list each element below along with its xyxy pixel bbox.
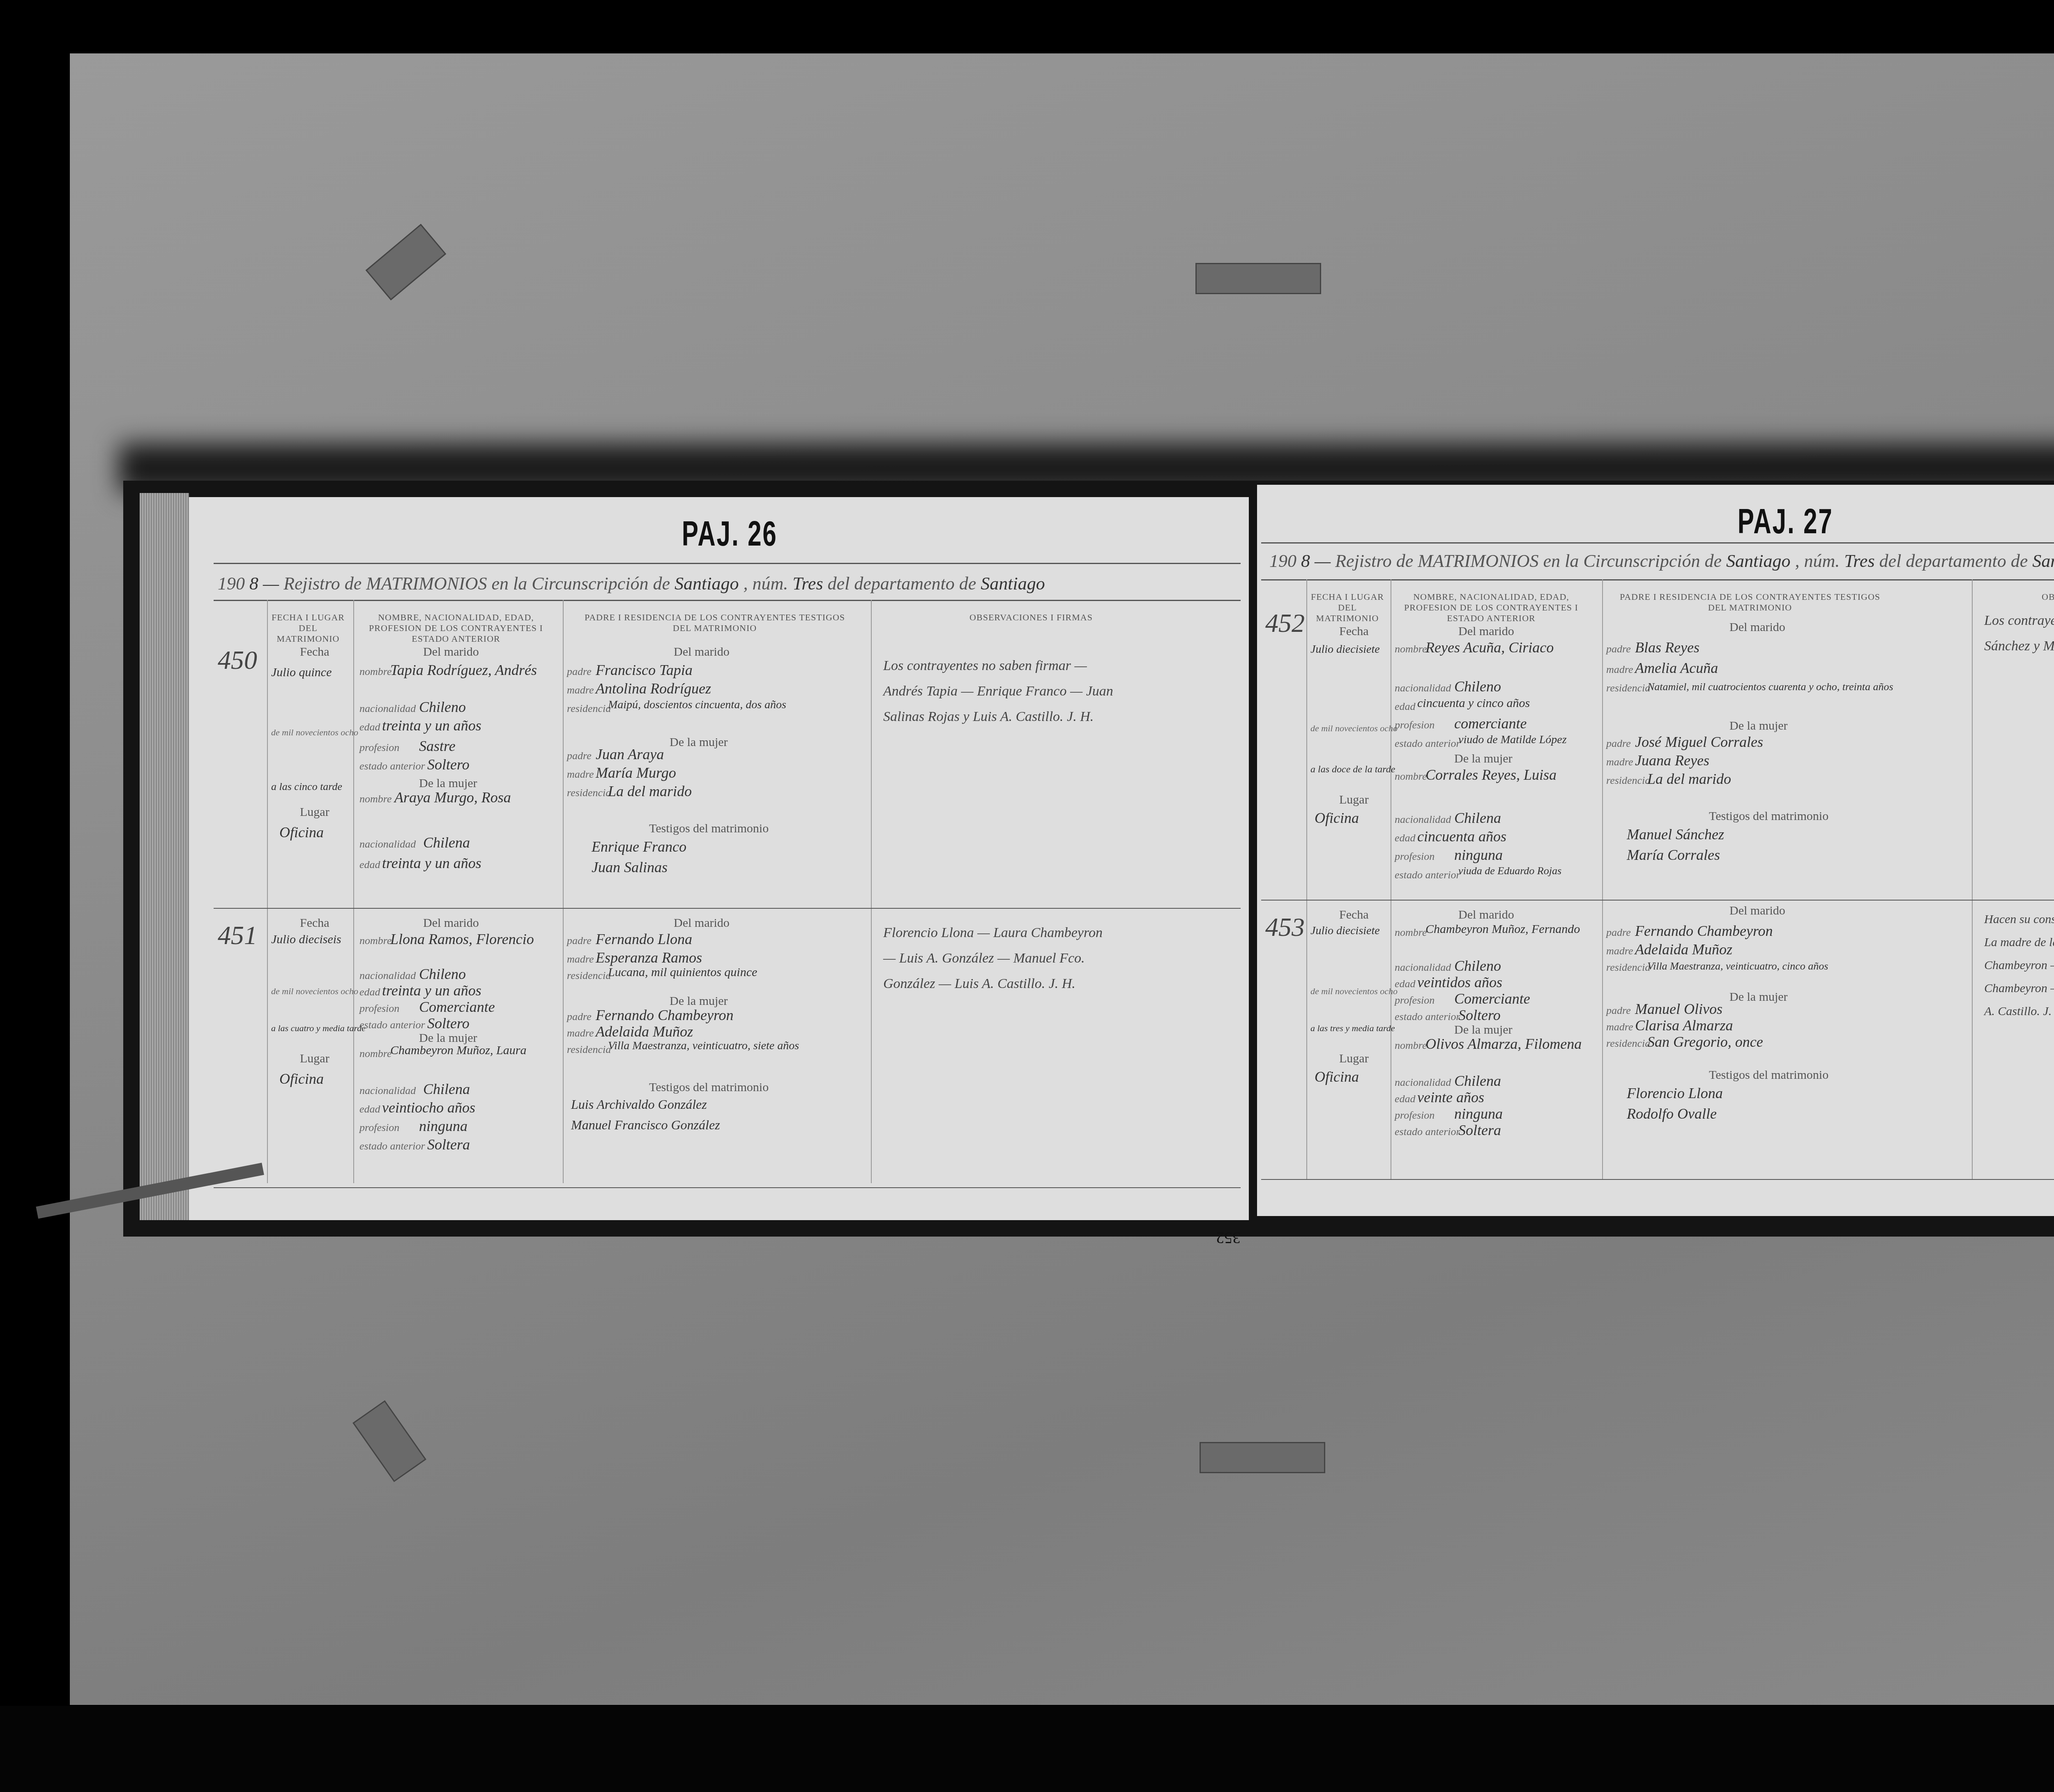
lugar-value: Oficina [1315, 809, 1359, 827]
year-text: de mil novecientos ocho [1310, 723, 1398, 734]
hora-value: a las doce de la tarde [1310, 764, 1395, 775]
marido-nombre: Reyes Acuña, Ciriaco [1425, 639, 1554, 656]
profesion-label: profesion [1395, 719, 1435, 731]
padre-label: padre [567, 935, 592, 947]
column-header-nombre: NOMBRE, NACIONALIDAD, EDAD, PROFESION DE… [1397, 592, 1586, 624]
register-header: 190 8 — Rejistro de MATRIMONIOS en la Ci… [1269, 550, 2054, 571]
open-register-book: PAJ. 26 190 8 — Rejistro de MATRIMONIOS … [123, 481, 2054, 1237]
nombre-label: nombre [1395, 770, 1427, 783]
column-header-fecha: FECHA I LUGAR DEL MATRIMONIO [1310, 592, 1384, 624]
edad-label: edad [359, 859, 380, 871]
madre-marido: Antolina Rodríguez [596, 680, 711, 697]
year-text: de mil novecientos ocho [271, 986, 358, 997]
lugar-label: Lugar [1339, 793, 1369, 807]
estado-anterior-label: estado anterior [359, 760, 425, 772]
estado-anterior-label: estado anterior [1395, 869, 1460, 881]
mujer-nombre: Olivos Almarza, Filomena [1425, 1035, 1582, 1053]
testigos-label: Testigos del matrimonio [649, 822, 769, 836]
edad-label: edad [359, 1103, 380, 1115]
tape-mark [1200, 1442, 1325, 1473]
madre-label: madre [1606, 663, 1633, 676]
madre-label: madre [1606, 945, 1633, 957]
estado-anterior-label: estado anterior [359, 1019, 425, 1031]
nacionalidad-label: nacionalidad [1395, 961, 1451, 974]
marido-profesion: Sastre [419, 737, 456, 755]
page-edges [140, 493, 189, 1220]
observaciones-firmas: Los contrayentes no saben firmar — André… [883, 653, 1113, 730]
entry-number: 451 [218, 920, 257, 951]
fecha-label: Fecha [1339, 908, 1369, 922]
lugar-label: Lugar [1339, 1052, 1369, 1066]
nombre-label: nombre [359, 666, 391, 678]
madre-label: madre [567, 953, 594, 965]
madre-mujer: María Murgo [596, 764, 676, 781]
profesion-label: profesion [359, 1002, 399, 1015]
del-marido-label: Del marido [423, 916, 479, 930]
num-value: Tres [792, 574, 823, 594]
marido-nacionalidad: Chileno [419, 965, 466, 983]
register-title: Rejistro de MATRIMONIOS en la Circunscri… [1335, 551, 1722, 571]
edad-label: edad [1395, 832, 1416, 844]
entry-divider [214, 908, 1241, 909]
year-text: de mil novecientos ocho [1310, 986, 1398, 997]
nombre-label: nombre [359, 793, 391, 805]
column-header-fecha: FECHA I LUGAR DEL MATRIMONIO [271, 612, 345, 644]
lugar-value: Oficina [279, 1070, 324, 1087]
marido-estado: viudo de Matilde López [1458, 733, 1567, 746]
padre-label: padre [567, 750, 592, 762]
edad-label: edad [1395, 700, 1416, 713]
num-label: , núm. [1795, 551, 1840, 571]
marido-nombre: Chambeyron Muñoz, Fernando [1425, 922, 1580, 936]
madre-mujer: Adelaida Muñoz [596, 1023, 693, 1040]
madre-label: madre [567, 1027, 594, 1039]
del-marido-label: Del marido [1458, 624, 1514, 638]
residencia-label: residencia [567, 787, 611, 799]
nacionalidad-label: nacionalidad [1395, 1076, 1451, 1089]
marido-edad: treinta y un años [382, 982, 481, 999]
residencia-marido: Lucana, mil quinientos quince [608, 965, 757, 979]
testigo: Florencio Llona [1627, 1085, 1723, 1102]
padre-label: padre [567, 1011, 592, 1023]
testigo: Manuel Francisco González [571, 1117, 720, 1133]
column-divider [1391, 579, 1391, 1179]
testigo: Juan Salinas [592, 859, 668, 876]
header-rule [214, 600, 1241, 601]
de-la-mujer-label: De la mujer [1729, 990, 1788, 1004]
hora-value: a las tres y media tarde [1310, 1023, 1395, 1034]
nombre-label: nombre [1395, 643, 1427, 655]
edad-label: edad [359, 986, 380, 998]
left-page: PAJ. 26 190 8 — Rejistro de MATRIMONIOS … [189, 497, 1249, 1220]
testigo: Enrique Franco [592, 838, 686, 855]
entry-number: 450 [218, 645, 257, 675]
lugar-label: Lugar [300, 805, 329, 819]
testigos-label: Testigos del matrimonio [649, 1080, 769, 1094]
mujer-edad: cincuenta años [1417, 828, 1506, 845]
profesion-label: profesion [1395, 994, 1435, 1007]
padre-mujer: José Miguel Corrales [1635, 733, 1763, 751]
nacionalidad-label: nacionalidad [359, 703, 416, 715]
mujer-profesion: ninguna [419, 1117, 467, 1135]
page-number: PAJ. 26 [682, 514, 778, 554]
departamento-label: del departamento de [1879, 551, 2028, 571]
marido-estado: Soltero [427, 756, 470, 773]
observaciones-firmas: Hacen su consentimiento los padres de lo… [1984, 908, 2054, 1023]
residencia-mujer: La del marido [1647, 770, 1731, 788]
right-page: PAJ. 27 190 8 — Rejistro de MATRIMONIOS … [1257, 485, 2054, 1216]
profesion-label: profesion [1395, 1109, 1435, 1122]
residencia-mujer: San Gregorio, once [1647, 1033, 1763, 1050]
column-divider [267, 600, 268, 1183]
edad-label: edad [1395, 978, 1416, 990]
padre-mujer: Manuel Olivos [1635, 1000, 1722, 1018]
padre-marido: Blas Reyes [1635, 639, 1699, 656]
residencia-label: residencia [1606, 682, 1650, 694]
fecha-value: Julio diecisiete [1310, 643, 1380, 656]
mujer-edad: veinte años [1417, 1089, 1484, 1106]
marido-nombre: Tapia Rodríguez, Andrés [390, 661, 537, 679]
marido-profesion: comerciante [1454, 715, 1527, 732]
page-number: PAJ. 27 [1738, 501, 1833, 542]
year-prefix: 190 [218, 574, 245, 594]
del-marido-label: Del marido [1458, 908, 1514, 922]
profesion-label: profesion [1395, 850, 1435, 863]
estado-anterior-label: estado anterior [359, 1140, 425, 1152]
column-header-observaciones: OBSERVACIONES I FIRMAS [887, 612, 1175, 623]
mujer-nombre: Araya Murgo, Rosa [394, 789, 511, 806]
profesion-label: profesion [359, 1122, 399, 1134]
residencia-label: residencia [1606, 774, 1650, 787]
padre-mujer: Juan Araya [596, 746, 664, 763]
tape-mark [352, 1400, 426, 1482]
mujer-nacionalidad: Chilena [423, 834, 470, 851]
fecha-value: Julio quince [271, 666, 332, 679]
padre-marido: Fernando Chambeyron [1635, 922, 1773, 940]
mujer-nombre: Corrales Reyes, Luisa [1425, 766, 1557, 783]
marido-nacionalidad: Chileno [1454, 678, 1501, 695]
del-marido-label: Del marido [674, 645, 730, 659]
nombre-label: nombre [359, 935, 391, 947]
de-la-mujer-label: De la mujer [419, 776, 477, 790]
num-label: , núm. [744, 574, 788, 594]
testigos-label: Testigos del matrimonio [1709, 1068, 1828, 1082]
de-la-mujer-label: De la mujer [1454, 1023, 1513, 1037]
fecha-label: Fecha [300, 916, 329, 930]
testigo: María Corrales [1627, 846, 1720, 864]
column-header-padres: PADRE I RESIDENCIA DE LOS CONTRAYENTES T… [579, 612, 850, 633]
estado-anterior-label: estado anterior [1395, 737, 1460, 750]
residencia-marido: Maipú, doscientos cincuenta, dos años [608, 698, 786, 712]
column-header-observaciones: OBSERVACIONES I FIRMAS [1988, 592, 2054, 602]
lugar-value: Oficina [1315, 1068, 1359, 1085]
residencia-marido: Villa Maestranza, veinticuatro, cinco añ… [1647, 957, 1968, 975]
de-la-mujer-label: De la mujer [1454, 752, 1513, 766]
entry-divider [1261, 900, 2054, 901]
edad-label: edad [1395, 1093, 1416, 1105]
del-marido-label: Del marido [423, 645, 479, 659]
testigo: Luis Archivaldo González [571, 1097, 707, 1112]
marido-nombre: Llona Ramos, Florencio [390, 931, 534, 948]
observaciones-firmas: Florencio Llona — Laura Chambeyron — Lui… [883, 920, 1113, 997]
residencia-label: residencia [1606, 961, 1650, 974]
residencia-mujer: Villa Maestranza, veinticuatro, siete añ… [608, 1039, 799, 1053]
mujer-edad: veintiocho años [382, 1099, 475, 1116]
madre-label: madre [567, 768, 594, 781]
testigo: Rodolfo Ovalle [1627, 1105, 1717, 1122]
circunscripcion: Santiago [675, 574, 739, 594]
del-marido-label: Del marido [1729, 904, 1785, 918]
film-border [0, 1706, 2054, 1792]
marido-nacionalidad: Chileno [419, 698, 466, 716]
marido-edad: treinta y un años [382, 717, 481, 734]
de-la-mujer-label: De la mujer [670, 735, 728, 749]
departamento: Santiago [2032, 551, 2054, 571]
nacionalidad-label: nacionalidad [359, 838, 416, 850]
column-header-nombre: NOMBRE, NACIONALIDAD, EDAD, PROFESION DE… [362, 612, 550, 644]
edad-label: edad [359, 721, 380, 733]
num-value: Tres [1844, 551, 1874, 571]
madre-mujer: Juana Reyes [1635, 752, 1709, 769]
residencia-label: residencia [567, 703, 611, 715]
residencia-label: residencia [567, 1043, 611, 1056]
madre-label: madre [1606, 756, 1633, 768]
observaciones-firmas: Los contrayentes no saben firmar — Manue… [1984, 608, 2054, 659]
mujer-profesion: ninguna [1454, 846, 1503, 864]
register-header: 190 8 — Rejistro de MATRIMONIOS en la Ci… [218, 573, 1045, 594]
film-mark-number: 352 [1216, 1228, 1241, 1248]
de-la-mujer-label: De la mujer [670, 994, 728, 1008]
fecha-label: Fecha [1339, 624, 1369, 638]
hora-value: a las cuatro y media tarde [271, 1023, 366, 1034]
testigos-label: Testigos del matrimonio [1709, 809, 1828, 823]
marido-edad: cincuenta y cinco años [1417, 696, 1530, 710]
tape-mark [1195, 263, 1321, 294]
header-rule [214, 563, 1241, 564]
circunscripcion: Santiago [1726, 551, 1790, 571]
nacionalidad-label: nacionalidad [359, 970, 416, 982]
marido-estado: Soltero [427, 1015, 470, 1032]
fecha-value: Julio diecisiete [1310, 924, 1380, 937]
del-marido-label: Del marido [1729, 620, 1785, 634]
departamento-label: del departamento de [828, 574, 976, 594]
padre-label: padre [567, 666, 592, 678]
mujer-nacionalidad: Chilena [423, 1080, 470, 1098]
madre-label: madre [567, 684, 594, 696]
lugar-label: Lugar [300, 1052, 329, 1066]
year-prefix: 190 [1269, 551, 1296, 571]
nombre-label: nombre [1395, 926, 1427, 939]
table-bottom [214, 1187, 1241, 1188]
header-rule [1261, 542, 2054, 544]
mujer-estado: viuda de Eduardo Rojas [1458, 865, 1561, 877]
nombre-label: nombre [359, 1048, 391, 1060]
marido-edad: veintidos años [1417, 974, 1502, 991]
mujer-profesion: ninguna [1454, 1105, 1503, 1122]
madre-marido: Amelia Acuña [1635, 659, 1718, 677]
padre-label: padre [1606, 926, 1631, 939]
mujer-nacionalidad: Chilena [1454, 1072, 1501, 1089]
residencia-label: residencia [1606, 1037, 1650, 1050]
departamento: Santiago [981, 574, 1045, 594]
lugar-value: Oficina [279, 824, 324, 841]
estado-anterior-label: estado anterior [1395, 1126, 1460, 1138]
padre-label: padre [1606, 1004, 1631, 1017]
residencia-mujer: La del marido [608, 783, 692, 800]
testigo: Manuel Sánchez [1627, 826, 1724, 843]
column-header-padres: PADRE I RESIDENCIA DE LOS CONTRAYENTES T… [1614, 592, 1886, 613]
mujer-estado: Soltera [427, 1136, 470, 1153]
tape-mark [366, 224, 447, 301]
profesion-label: profesion [359, 742, 399, 754]
marido-profesion: Comerciante [1454, 990, 1530, 1007]
padre-label: padre [1606, 737, 1631, 750]
marido-nacionalidad: Chileno [1454, 957, 1501, 974]
nacionalidad-label: nacionalidad [1395, 813, 1451, 826]
padre-label: padre [1606, 643, 1631, 655]
de-la-mujer-label: De la mujer [419, 1031, 477, 1045]
table-bottom [1261, 1179, 2054, 1180]
mujer-edad: treinta y un años [382, 855, 481, 872]
padre-marido: Fernando Llona [596, 931, 692, 948]
del-marido-label: Del marido [674, 916, 730, 930]
fecha-value: Julio dieciseis [271, 933, 341, 947]
madre-mujer: Clarisa Almarza [1635, 1017, 1733, 1034]
hora-value: a las cinco tarde [271, 781, 342, 793]
residencia-label: residencia [567, 970, 611, 982]
marido-estado: Soltero [1458, 1007, 1501, 1024]
madre-label: madre [1606, 1021, 1633, 1033]
column-divider [563, 600, 564, 1183]
nacionalidad-label: nacionalidad [359, 1085, 416, 1097]
mujer-estado: Soltera [1458, 1122, 1501, 1139]
year-text: de mil novecientos ocho [271, 727, 358, 738]
mujer-nacionalidad: Chilena [1454, 809, 1501, 827]
column-divider [1972, 579, 1973, 1179]
column-divider [353, 600, 354, 1183]
register-title: Rejistro de MATRIMONIOS en la Circunscri… [283, 574, 670, 594]
header-rule [1261, 579, 2054, 580]
de-la-mujer-label: De la mujer [1729, 719, 1788, 733]
fecha-label: Fecha [300, 645, 329, 659]
padre-marido: Francisco Tapia [596, 661, 693, 679]
entry-number: 452 [1265, 608, 1305, 638]
estado-anterior-label: estado anterior [1395, 1011, 1460, 1023]
mujer-nombre: Chambeyron Muñoz, Laura [390, 1043, 526, 1057]
padre-mujer: Fernando Chambeyron [596, 1007, 734, 1024]
residencia-marido: Natamiel, mil cuatrocientos cuarenta y o… [1647, 678, 1968, 696]
column-divider [1602, 579, 1603, 1179]
column-divider [1306, 579, 1307, 1179]
nacionalidad-label: nacionalidad [1395, 682, 1451, 694]
entry-number: 453 [1265, 912, 1305, 942]
madre-marido: Esperanza Ramos [596, 949, 702, 966]
madre-marido: Adelaida Muñoz [1635, 941, 1732, 958]
marido-profesion: Comerciante [419, 998, 495, 1016]
column-divider [871, 600, 872, 1183]
nombre-label: nombre [1395, 1039, 1427, 1052]
